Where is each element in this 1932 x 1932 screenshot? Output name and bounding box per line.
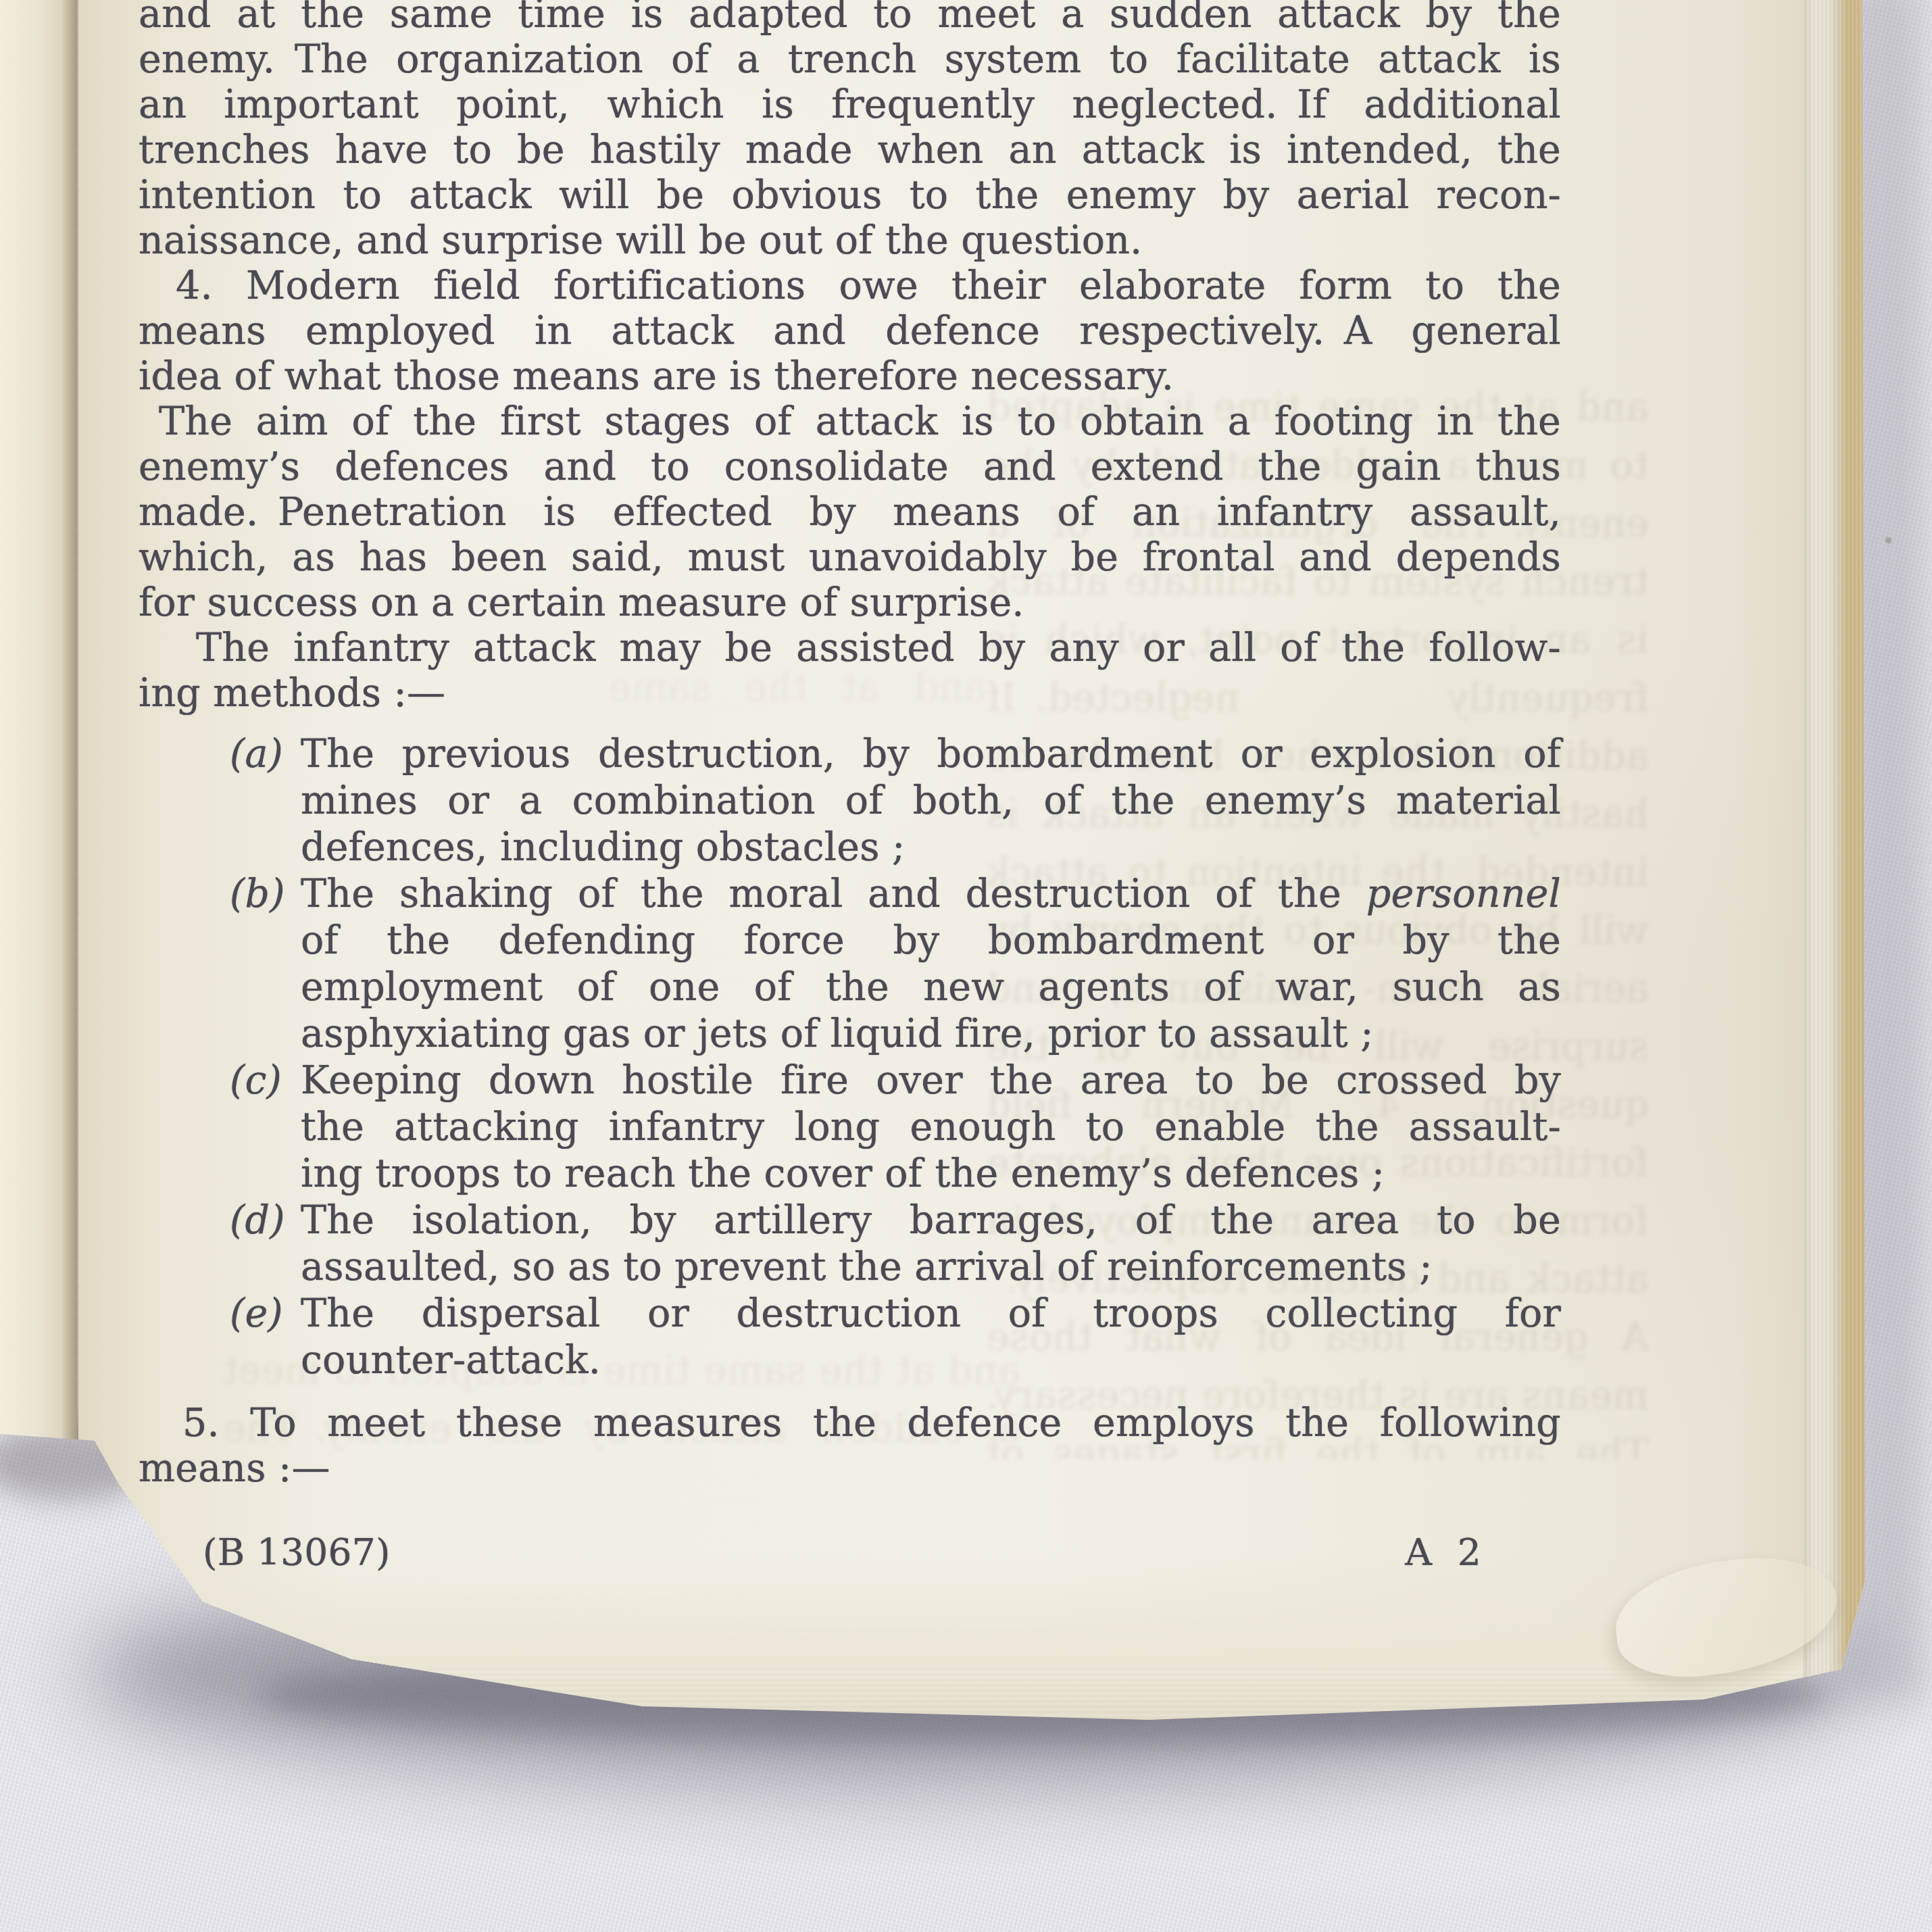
page-text: and at the same time is adapted to meet …: [139, 0, 1561, 1574]
paragraph: 4. Modern field fortifications owe their…: [139, 264, 1561, 399]
paragraph: The infantry attack may be assisted by a…: [139, 626, 1561, 716]
page-footer: (B 13067) A 2: [139, 1531, 1561, 1574]
open-book: and at the same time is adapted to meet …: [0, 0, 1872, 1770]
list-marker: (a): [230, 731, 283, 778]
list-marker: (c): [230, 1058, 282, 1104]
text-line: 4. Modern field fortifications owe their…: [139, 264, 1561, 309]
list-item: (c)Keeping down hostile fire over the ar…: [301, 1058, 1561, 1197]
text-line: counter-attack.: [301, 1337, 1561, 1384]
text-line: ing troops to reach the cover of the ene…: [301, 1151, 1561, 1197]
list-item: (e)The dispersal or destruction of troop…: [301, 1291, 1561, 1384]
text-line: Keeping down hostile fire over the area …: [301, 1058, 1561, 1104]
book-photo: and at the same time is adapted to meet …: [0, 0, 1932, 1932]
text-line: The isolation, by artillery barrages, of…: [301, 1197, 1561, 1244]
text-line: of the defending force by bombardment or…: [301, 918, 1561, 964]
text-line: made. Penetration is effected by means o…: [139, 490, 1561, 535]
text-line: The shaking of the moral and destruction…: [301, 871, 1561, 918]
text-line: assaulted, so as to prevent the arrival …: [301, 1244, 1561, 1291]
text-line: The infantry attack may be assisted by a…: [139, 626, 1561, 671]
text-line: mines or a combination of both, of the e…: [301, 778, 1561, 824]
printer-code: (B 13067): [203, 1531, 391, 1574]
text-span: The shaking of the moral and destruction…: [301, 872, 1366, 916]
text-line: enemy’s defences and to consolidate and …: [139, 445, 1561, 490]
text-line: employment of one of the new agents of w…: [301, 964, 1561, 1011]
text-line: defences, including obstacles ;: [301, 824, 1561, 871]
list-item: (b)The shaking of the moral and destruct…: [301, 871, 1561, 1058]
text-line: enemy. The organization of a trench syst…: [139, 37, 1561, 82]
text-line: asphyxiating gas or jets of liquid fire,…: [301, 1011, 1561, 1058]
method-list: (a)The previous destruction, by bombardm…: [139, 731, 1561, 1384]
text-line: an important point, which is frequently …: [139, 82, 1561, 128]
list-marker: (d): [230, 1197, 285, 1244]
text-line: the attacking infantry long enough to en…: [301, 1104, 1561, 1151]
text-line: idea of what those means are is therefor…: [139, 354, 1561, 399]
paragraph: and at the same time is adapted to meet …: [139, 0, 1561, 264]
paragraph: 5. To meet these measures the defence em…: [139, 1401, 1561, 1491]
text-line: which, as has been said, must unavoidabl…: [139, 535, 1561, 580]
text-line: ing methods :—: [139, 671, 1561, 716]
text-line: The dispersal or destruction of troops c…: [301, 1291, 1561, 1337]
paragraph: The aim of the first stages of attack is…: [139, 399, 1561, 626]
text-line: The previous destruction, by bombardment…: [301, 731, 1561, 778]
fore-edge: [1803, 0, 1871, 1710]
text-line: The aim of the first stages of attack is…: [139, 399, 1561, 445]
signature-mark: A 2: [1405, 1531, 1481, 1574]
italic-text: personnel: [1366, 872, 1561, 916]
list-item: (a)The previous destruction, by bombardm…: [301, 731, 1561, 871]
text-line: means employed in attack and defence res…: [139, 309, 1561, 354]
text-flow: and at the same time is adapted to meet …: [139, 0, 1561, 1491]
list-marker: (b): [230, 871, 285, 918]
text-line: intention to attack will be obvious to t…: [139, 173, 1561, 218]
dust-speck: [1885, 537, 1891, 543]
text-line: naissance, and surprise will be out of t…: [139, 218, 1561, 264]
text-line: 5. To meet these measures the defence em…: [139, 1401, 1561, 1446]
text-line: and at the same time is adapted to meet …: [139, 0, 1561, 37]
text-line: for success on a certain measure of surp…: [139, 580, 1561, 626]
list-item: (d)The isolation, by artillery barrages,…: [301, 1197, 1561, 1291]
list-marker: (e): [230, 1291, 283, 1337]
text-line: means :—: [139, 1446, 1561, 1491]
text-line: trenches have to be hastily made when an…: [139, 128, 1561, 173]
